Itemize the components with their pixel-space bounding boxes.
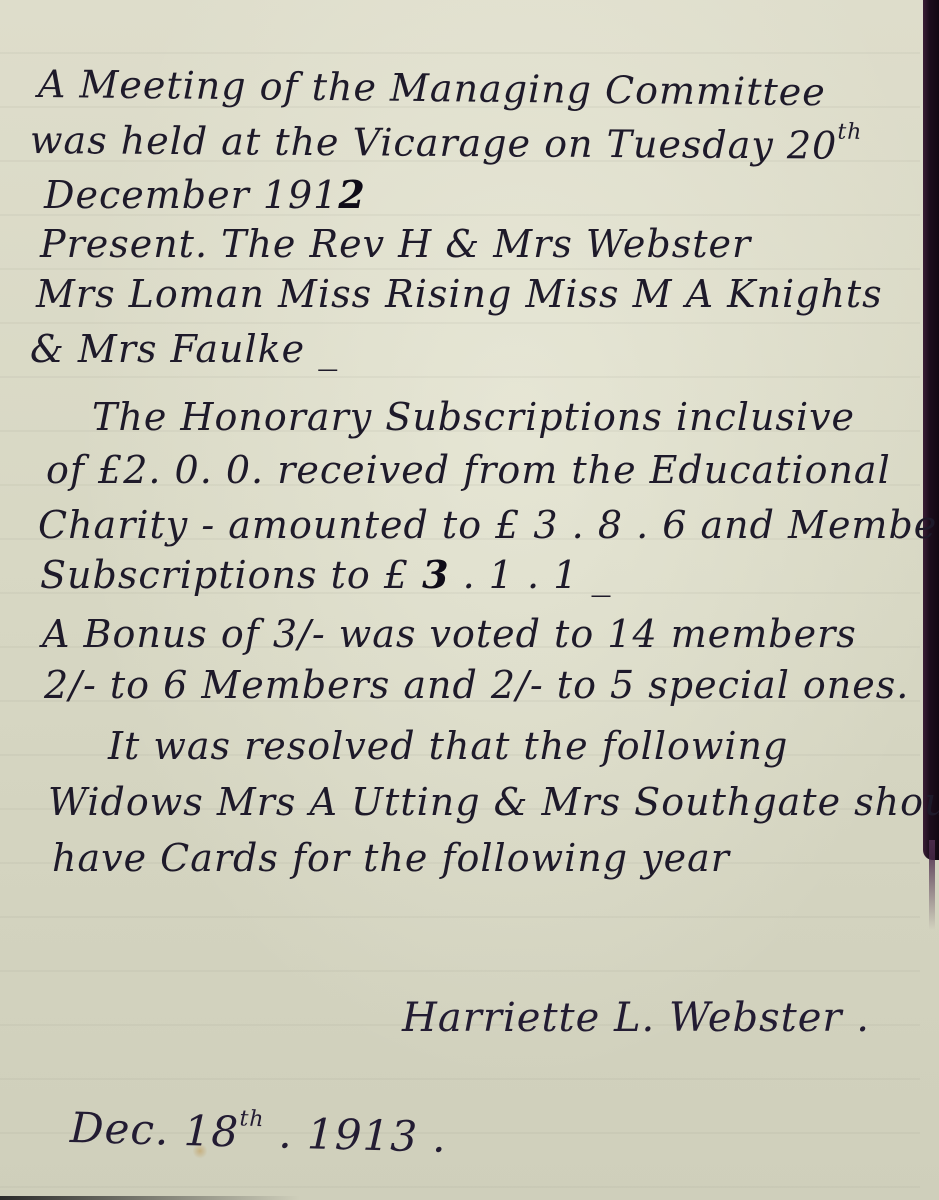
- minutes-line-6: & Mrs Faulke _: [30, 327, 338, 371]
- minutes-line-text-tail: . 1 . 1 _: [450, 553, 612, 597]
- signature-text: Harriette L. Webster .: [402, 995, 870, 1041]
- minutes-line-text: A Bonus of 3/- was voted to 14 members: [42, 612, 857, 656]
- minutes-line-text: Present. The Rev H & Mrs Webster: [40, 222, 751, 266]
- minutes-line-text: was held at the Vicarage on Tuesday 20: [30, 118, 838, 168]
- overwritten-digit: 3: [422, 552, 449, 597]
- minutes-line-3: December 1912: [44, 172, 366, 217]
- minutes-line-14: Widows Mrs A Utting & Mrs Southgate shou…: [48, 780, 939, 824]
- minutes-line-7: The Honorary Subscriptions inclusive: [92, 395, 855, 439]
- minutes-line-text: A Meeting of the Managing Committee: [38, 62, 826, 114]
- minute-book-page: A Meeting of the Managing Committee was …: [0, 0, 939, 1200]
- minutes-line-text: Subscriptions to £: [40, 553, 422, 597]
- minutes-line-10: Subscriptions to £ 3 . 1 . 1 _: [40, 552, 611, 597]
- ordinal-suffix: th: [239, 1106, 265, 1132]
- minutes-line-text: It was resolved that the following: [108, 724, 788, 768]
- bottom-edge-shadow: [0, 1196, 300, 1200]
- minutes-line-text: & Mrs Faulke _: [30, 327, 338, 371]
- minutes-line-4: Present. The Rev H & Mrs Webster: [40, 222, 751, 266]
- minutes-line-13: It was resolved that the following: [108, 724, 788, 768]
- minutes-line-text: Mrs Loman Miss Rising Miss M A Knights: [36, 272, 883, 316]
- minutes-line-text: December 191: [44, 173, 338, 217]
- minutes-line-text: Widows Mrs A Utting & Mrs Southgate shou…: [48, 780, 939, 824]
- minutes-line-2: was held at the Vicarage on Tuesday 20th: [30, 118, 863, 168]
- signed-date: Dec. 18th . 1913 .: [69, 1103, 447, 1162]
- date-text: Dec. 18: [69, 1103, 239, 1156]
- book-binding-edge-tail: [929, 840, 935, 930]
- date-year: . 1913 .: [264, 1108, 448, 1162]
- minutes-line-text: have Cards for the following year: [52, 836, 730, 880]
- minutes-line-text: of £2. 0. 0. received from the Education…: [46, 448, 891, 492]
- minutes-line-12: 2/- to 6 Members and 2/- to 5 special on…: [44, 663, 909, 707]
- minutes-line-5: Mrs Loman Miss Rising Miss M A Knights: [36, 272, 883, 316]
- overwritten-digit: 2: [338, 172, 365, 217]
- minutes-line-9: Charity - amounted to £ 3 . 8 . 6 and Me…: [38, 503, 939, 547]
- minutes-line-8: of £2. 0. 0. received from the Education…: [46, 448, 891, 492]
- signature: Harriette L. Webster .: [402, 995, 870, 1041]
- minutes-line-15: have Cards for the following year: [52, 836, 730, 880]
- minutes-line-1: A Meeting of the Managing Committee: [38, 62, 826, 114]
- minutes-line-11: A Bonus of 3/- was voted to 14 members: [42, 612, 857, 656]
- minutes-line-text: Charity - amounted to £ 3 . 8 . 6 and Me…: [38, 503, 939, 547]
- ordinal-suffix: th: [837, 120, 862, 145]
- book-binding-edge: [923, 0, 939, 860]
- minutes-line-text: The Honorary Subscriptions inclusive: [92, 395, 855, 439]
- minutes-line-text: 2/- to 6 Members and 2/- to 5 special on…: [44, 663, 909, 707]
